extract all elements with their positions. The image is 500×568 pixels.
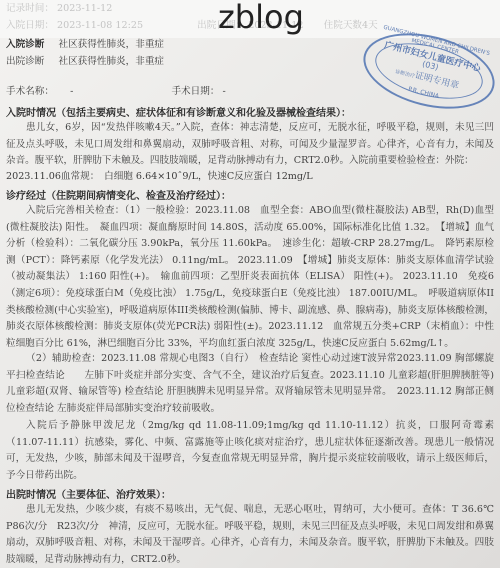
discharge-status-body: 患儿无发热，少咳少痰，有痰不易咳出，无气促、喘息，无恶心呕吐，胃纳可，大小便可。… (6, 502, 494, 568)
admission-diagnosis-row: 入院诊断 社区获得性肺炎，非重症 (6, 38, 164, 51)
treatment-course-aux-exams: （2）辅助检查：2023.11.08 常规心电图3（自行） 检查结论 窦性心动过… (6, 351, 494, 417)
admission-diagnosis-value: 社区获得性肺炎，非重症 (59, 39, 165, 50)
hospital-days: 住院天数4天 (324, 20, 378, 31)
discharge-diagnosis-label: 出院诊断 (6, 56, 44, 67)
discharge-diagnosis-row: 出院诊断 社区获得性肺炎，非重症 (6, 55, 164, 68)
dates-row: 入院日期： 2023-11-08 12:25 出院日期： 2023-11-12 … (6, 19, 378, 32)
record-time-row: 记录时间： 2023-11-12 (6, 2, 112, 15)
surgery-date-label: 手术日期： (171, 86, 219, 97)
admission-status-body: 患儿女，6岁，因“发热伴咳嗽4天。”入院，查体：神志清楚，反应可，无脱水征，呼吸… (6, 120, 494, 170)
record-time-label: 记录时间： (6, 3, 54, 14)
admission-lab-result: 2023.11.06血常规： 白细胞 6.64×10ˆ9/L，快速C反应蛋白 1… (6, 170, 313, 183)
discharge-summary-document: 记录时间： 2023-11-12 入院日期： 2023-11-08 12:25 … (0, 0, 500, 568)
treatment-course-medication: 入院后予静脉甲泼尼龙（2mg/kg qd 11.08-11.09;1mg/kg … (6, 418, 494, 484)
admission-date-value: 2023-11-08 12:25 (57, 20, 143, 31)
discharge-diagnosis-value: 社区获得性肺炎，非重症 (59, 56, 165, 67)
surgery-name-label: 手术名称： (6, 86, 54, 97)
admission-diagnosis-label: 入院诊断 (6, 39, 44, 50)
record-time-value: 2023-11-12 (57, 3, 112, 14)
surgery-row: 手术名称： - 手术日期： - (6, 85, 226, 98)
surgery-name-value: - (70, 86, 73, 97)
admission-date-label: 入院日期： (6, 20, 54, 31)
admission-status-heading: 入院时情况（包括主要病史、症状体征和有诊断意义和化验及器械检查结果）： (6, 104, 351, 119)
treatment-course-heading: 诊疗经过（住院期间病情变化、检查及治疗经过）： (6, 187, 231, 202)
zblog-watermark: zblog (218, 0, 304, 34)
discharge-status-heading: 出院时情况（主要体征、治疗效果）： (6, 486, 171, 501)
treatment-course-lab-tests: 入院后完善相关检查：（1）一般检验：2023.11.08 血型全套：ABO血型(… (6, 203, 494, 352)
surgery-date-value: - (223, 86, 226, 97)
